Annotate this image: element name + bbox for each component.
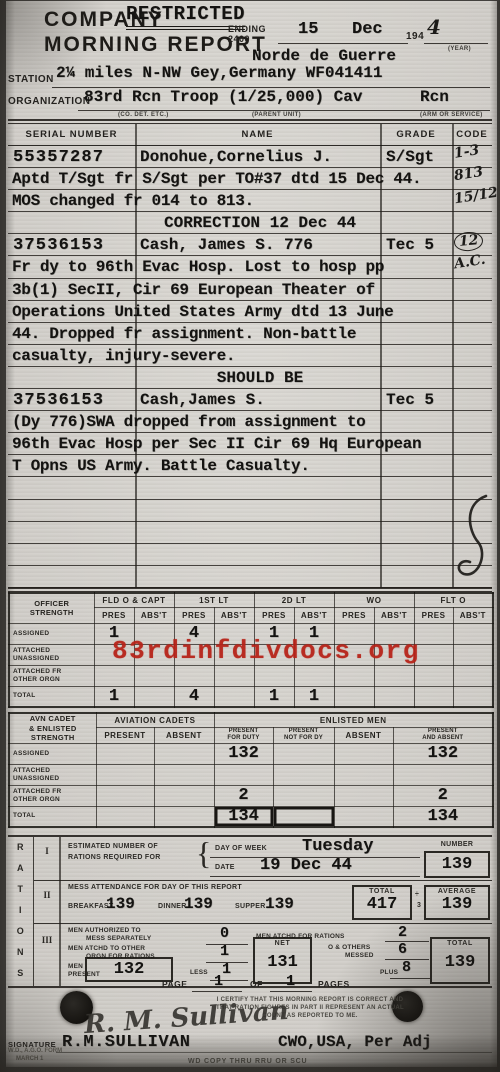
supper-value: 139 (265, 895, 294, 913)
strength-value-cell (453, 644, 493, 665)
year-rule (424, 43, 488, 44)
plus-rule (390, 978, 430, 979)
atchd-rations-value: 2 (398, 924, 407, 941)
record-row: 55357287Donohue,Cornelius J.S/Sgt1-3 (8, 146, 492, 168)
remark-line: Operations United States Army dtd 13 Jun… (12, 303, 393, 321)
strength-value-cell (96, 806, 154, 827)
strength-value-cell (414, 686, 453, 707)
remark-line: Aptd T/Sgt fr S/Sgt per TO#37 dtd 15 Dec… (12, 170, 421, 188)
supper-label: SUPPER (235, 903, 266, 910)
day-of-week-label: DAY OF WEEK (215, 845, 267, 852)
net-box: NET 131 (253, 937, 312, 984)
record-table: SERIAL NUMBER NAME GRADE CODE 55357287Do… (8, 124, 492, 588)
strength-value-cell (334, 743, 393, 764)
organization-value: 83rd Rcn Troop (1/25,000) Cav (84, 88, 362, 106)
remark-line: MOS changed fr 014 to 813. (12, 192, 254, 210)
rations-part2-numeral: II (35, 890, 59, 900)
organization-label: ORGANIZATION (8, 96, 90, 107)
pages-rule (270, 991, 312, 992)
column-subheader: ABS'T (374, 607, 414, 623)
column-subheader: PRESENT (96, 727, 154, 743)
column-group-header: ENLISTED MEN (214, 713, 493, 727)
column-subheader: ABS'T (453, 607, 493, 623)
strength-value-cell (96, 764, 154, 785)
pages-value: 1 (286, 973, 295, 990)
record-row (8, 544, 492, 566)
handwritten-code: 813 (453, 164, 484, 184)
strength-value-cell: 134 (214, 806, 273, 827)
signature-title: CWO,USA, Per Adj (278, 1033, 432, 1051)
mess-total-box: TOTAL 417 (352, 885, 412, 920)
divide-by: 3 (417, 902, 421, 909)
column-subheader: PRESENTNOT FOR DY (273, 727, 334, 743)
record-row: (Dy 776)SWA dropped from assignment to (8, 411, 492, 433)
center-note: SHOULD BE (140, 369, 380, 387)
strength-value-cell (154, 743, 214, 764)
record-row: 44. Dropped fr assignment. Non-battle (8, 323, 492, 345)
strength-value-cell: 134 (393, 806, 493, 827)
soldier-name: Cash,James S. (140, 391, 265, 409)
table-corner-label: AVN CADET& ENLISTEDSTRENGTH (9, 713, 96, 743)
remark-line: (Dy 776)SWA dropped from assignment to (12, 413, 365, 431)
record-row (8, 566, 492, 588)
remark-line: Fr dy to 96th Evac Hosp. Lost to hosp pp (12, 258, 384, 276)
divide-sign: ÷ (415, 891, 419, 898)
serial-number: 37536153 (13, 391, 104, 410)
strength-value-cell (374, 665, 414, 686)
column-group-header: WO (334, 593, 414, 607)
grade-value: Tec 5 (386, 391, 434, 409)
row-label: ASSIGNED (9, 743, 96, 764)
soldier-name: Cash, James S. 776 (140, 236, 313, 254)
men-present-label1: MEN (68, 963, 83, 970)
net-label: NET (255, 940, 310, 947)
plus-label: PLUS (380, 969, 398, 976)
strength-value-cell (96, 785, 154, 806)
ending-time: 2400 (228, 34, 250, 44)
strength-value-cell: 1 (294, 686, 334, 707)
year-prefix: 194 (406, 31, 424, 42)
of-label: OF (250, 979, 263, 989)
record-row: 3b(1) SecII, Cir 69 European Theater of (8, 279, 492, 301)
row-label: ATTACHEDUNASSIGNED (9, 764, 96, 785)
rations-side-label: RATIONS (8, 837, 34, 986)
page-rule (192, 991, 242, 992)
strength-value-cell (134, 665, 174, 686)
row-label: ATTACHED FROTHER ORGN (9, 665, 94, 686)
scanned-morning-report: COMPANY MORNING REPORT RESTRICTED ENDING… (0, 0, 500, 1072)
strength-value-cell: 132 (214, 743, 273, 764)
strength-value-cell: 132 (393, 743, 493, 764)
signature-rule (56, 1052, 492, 1053)
record-row: Aptd T/Sgt fr S/Sgt per TO#37 dtd 15 Dec… (8, 168, 492, 190)
strength-value-cell: 1 (254, 686, 294, 707)
page-label: PAGE (162, 979, 187, 989)
strength-value-cell (214, 665, 254, 686)
page-value: 1 (214, 973, 223, 990)
row-label: TOTAL (9, 806, 96, 827)
rations-part3-numeral: III (35, 935, 59, 945)
column-subheader: PRES (414, 607, 453, 623)
record-row: casualty, injury-severe. (8, 345, 492, 367)
enlisted-strength-table: AVN CADET& ENLISTEDSTRENGTHAVIATION CADE… (8, 712, 494, 828)
strength-value-cell: 2 (214, 785, 273, 806)
header-name: NAME (135, 129, 380, 140)
serial-number: 37536153 (13, 236, 104, 255)
table-corner-label: OFFICERSTRENGTH (9, 593, 94, 623)
record-row: MOS changed fr 014 to 813.15/12 (8, 190, 492, 212)
others-label2: MESSED (345, 952, 374, 959)
record-row (8, 500, 492, 522)
center-note: CORRECTION 12 Dec 44 (140, 214, 380, 232)
number-value: 139 (426, 855, 488, 874)
caption-co-det: (CO. DET. ETC.) (118, 112, 169, 118)
column-subheader: ABSENT (334, 727, 393, 743)
handwritten-code: 1-3 (453, 142, 480, 162)
strength-value-cell (214, 686, 254, 707)
year-caption: (YEAR) (448, 46, 471, 52)
caption-arm-service: (ARM OR SERVICE) (420, 112, 483, 118)
column-subheader: PRES (254, 607, 294, 623)
strength-value-cell: 1 (94, 686, 134, 707)
record-row (8, 522, 492, 544)
station-label: STATION (8, 74, 54, 85)
column-subheader: ABS'T (214, 607, 254, 623)
column-subheader: ABS'T (134, 607, 174, 623)
strength-value-cell (214, 764, 273, 785)
strength-value-cell (393, 764, 493, 785)
dinner-label: DINNER (158, 903, 187, 910)
remark-line: casualty, injury-severe. (12, 347, 235, 365)
net-value: 131 (255, 953, 310, 972)
header-grade: GRADE (380, 129, 452, 140)
organization-arm-value: Rcn (420, 88, 449, 106)
strength-value-cell (154, 806, 214, 827)
atchd-other-label1: MEN ATCHD TO OTHER (68, 945, 145, 952)
strength-value-cell (273, 785, 334, 806)
column-subheader: PRES (174, 607, 214, 623)
strength-value-cell (273, 743, 334, 764)
number-label: NUMBER (424, 841, 490, 848)
strength-value-cell (453, 665, 493, 686)
row-label: ASSIGNED (9, 623, 94, 644)
strength-value-cell (334, 785, 393, 806)
record-row: SHOULD BE (8, 367, 492, 389)
record-row: CORRECTION 12 Dec 44 (8, 212, 492, 234)
row-label: TOTAL (9, 686, 94, 707)
est-rations-label1: ESTIMATED NUMBER OF (68, 843, 158, 850)
grade-value: S/Sgt (386, 148, 434, 166)
record-table-header: SERIAL NUMBER NAME GRADE CODE (8, 124, 492, 146)
record-row: Fr dy to 96th Evac Hosp. Lost to hosp pp… (8, 256, 492, 278)
record-row: 37536153Cash,James S.Tec 5 (8, 389, 492, 411)
auth-mess-label1: MEN AUTHORIZED TO (68, 927, 141, 934)
date-rule2 (210, 876, 420, 877)
strength-value-cell (154, 785, 214, 806)
less-label: LESS (190, 969, 208, 976)
caption-parent-unit: (PARENT UNIT) (252, 112, 301, 118)
date-rule (278, 43, 408, 44)
column-subheader: PRES (94, 607, 134, 623)
strength-value-cell (134, 686, 174, 707)
strength-value-cell: 4 (174, 686, 214, 707)
est-rations-label2: RATIONS REQUIRED FOR (68, 854, 161, 861)
strength-value-cell (154, 764, 214, 785)
record-row: 37536153Cash, James S. 776Tec 512 (8, 234, 492, 256)
ending-day: 15 (298, 20, 318, 39)
average-label: AVERAGE (426, 888, 488, 895)
men-present-box: 132 (85, 957, 173, 982)
record-rows: 55357287Donohue,Cornelius J.S/Sgt1-3Aptd… (8, 146, 492, 588)
rations-total-label: TOTAL (432, 940, 488, 947)
strength-value-cell (174, 665, 214, 686)
record-row: Operations United States Army dtd 13 Jun… (8, 301, 492, 323)
average-value: 139 (426, 895, 488, 914)
remark-line: 96th Evac Hosp per Sec II Cir 69 Hq Euro… (12, 435, 421, 453)
date-label: DATE (215, 864, 235, 871)
auth-mess-value: 0 (220, 925, 229, 942)
rations-part1-numeral: I (35, 846, 59, 856)
row-label: ATTACHED FROTHER ORGN (9, 785, 96, 806)
strength-value-cell (414, 665, 453, 686)
others-label1: O & OTHERS (328, 944, 370, 951)
men-present-value: 132 (87, 960, 171, 979)
column-subheader: ABS'T (294, 607, 334, 623)
strength-value-cell (334, 665, 374, 686)
form-print-line1: W.D., A.G.O. FORM (8, 1048, 62, 1054)
strength-value-cell (96, 743, 154, 764)
site-watermark: 83rdinfdivdocs.org (112, 636, 420, 666)
station-value: 2¼ miles N-NW Gey,Germany WF041411 (56, 64, 382, 82)
strength-value-cell (294, 665, 334, 686)
column-group-header: 2D LT (254, 593, 334, 607)
average-box: AVERAGE 139 (424, 885, 490, 920)
strength-value-cell (334, 806, 393, 827)
column-subheader: PRESENTAND ABSENT (393, 727, 493, 743)
strength-value-cell (254, 665, 294, 686)
double-rule-top-a (8, 119, 492, 121)
strength-value-cell (273, 764, 334, 785)
plus-value: 8 (402, 959, 411, 976)
handwritten-code: A.C. (453, 252, 487, 273)
others-value: 6 (398, 941, 407, 958)
grid-reference-note: Norde de Guerre (252, 47, 396, 65)
soldier-name: Donohue,Cornelius J. (140, 148, 332, 166)
ending-month: Dec (352, 20, 383, 39)
serial-number: 55357287 (13, 148, 104, 167)
atchd-other-value: 1 (220, 943, 229, 960)
ending-label: ENDING (228, 24, 266, 34)
strength-value-cell (94, 665, 134, 686)
less-value: 1 (222, 961, 231, 978)
mess-attendance-header: MESS ATTENDANCE FOR DAY OF THIS REPORT (68, 884, 242, 891)
strength-value-cell (334, 764, 393, 785)
auth-mess-label2: MESS SEPARATELY (86, 935, 151, 942)
column-group-header: FLD O & CAPT (94, 593, 174, 607)
day-of-week-value: Tuesday (302, 837, 373, 856)
brace-glyph: { (196, 835, 211, 872)
strength-value-cell (453, 686, 493, 707)
handwritten-code: 12 (453, 231, 484, 252)
grade-value: Tec 5 (386, 236, 434, 254)
header-serial-number: SERIAL NUMBER (8, 129, 135, 140)
number-box: 139 (424, 851, 490, 878)
column-group-header: FLT O (414, 593, 493, 607)
mess-total-value: 417 (354, 895, 410, 914)
remark-line: 3b(1) SecII, Cir 69 European Theater of (12, 281, 375, 299)
organization-rule (78, 110, 490, 111)
remark-line: T Opns US Army. Battle Casualty. (12, 457, 310, 475)
remark-line: 44. Dropped fr assignment. Non-battle (12, 325, 356, 343)
column-group-header: AVIATION CADETS (96, 713, 214, 727)
header-code: CODE (452, 129, 492, 140)
record-row (8, 477, 492, 499)
strength-value-cell (273, 806, 334, 827)
year-handwritten: 4 (427, 15, 441, 39)
dinner-value: 139 (184, 895, 213, 913)
bottom-scan-shadow (0, 1062, 500, 1072)
mess-total-label: TOTAL (354, 888, 410, 895)
rations-total-box: TOTAL 139 (430, 937, 490, 984)
column-subheader: ABSENT (154, 727, 214, 743)
rations-content: ESTIMATED NUMBER OF RATIONS REQUIRED FOR… (60, 837, 492, 986)
breakfast-value: 139 (106, 895, 135, 913)
strength-value-cell (334, 686, 374, 707)
record-row: 96th Evac Hosp per Sec II Cir 69 Hq Euro… (8, 433, 492, 455)
date-value: 19 Dec 44 (260, 856, 352, 875)
column-subheader: PRES (334, 607, 374, 623)
strength-value-cell (374, 686, 414, 707)
column-subheader: PRESENTFOR DUTY (214, 727, 273, 743)
row-label: ATTACHEDUNASSIGNED (9, 644, 94, 665)
strength-value-cell: 2 (393, 785, 493, 806)
signature-typed: R.M.SULLIVAN (62, 1033, 190, 1052)
pages-label: PAGES (318, 979, 350, 989)
column-group-header: 1ST LT (174, 593, 254, 607)
record-row: T Opns US Army. Battle Casualty. (8, 455, 492, 477)
strength-value-cell (453, 623, 493, 644)
rations-total-value: 139 (432, 953, 488, 972)
